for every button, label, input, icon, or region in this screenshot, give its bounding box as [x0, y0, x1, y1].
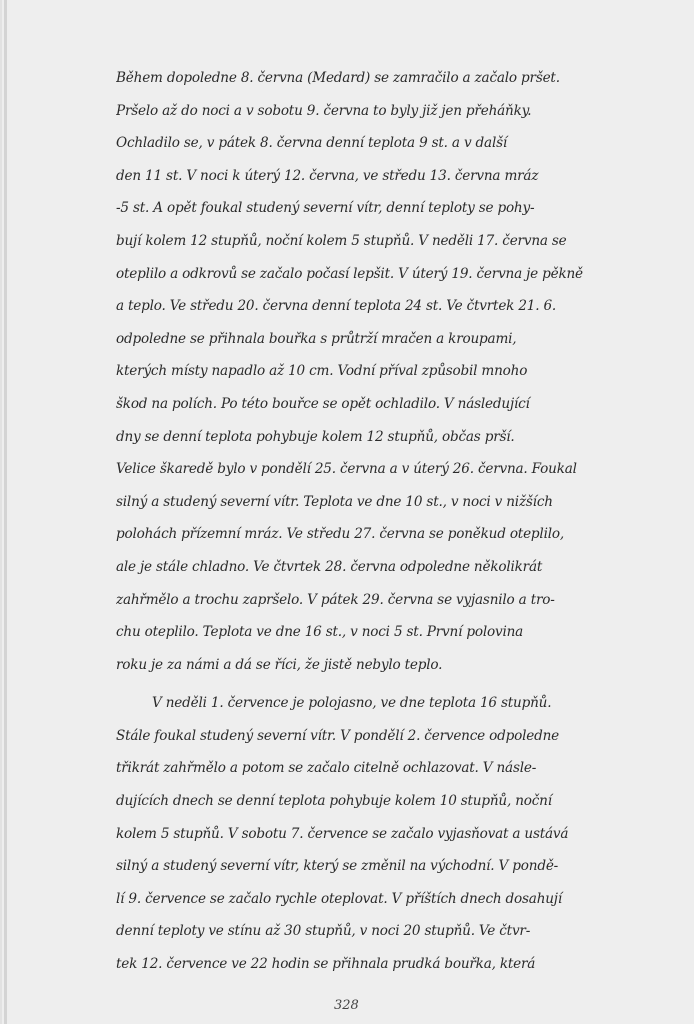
- text-line: roku je za námi a dá se říci, že jistě n…: [116, 649, 628, 682]
- text-line: kterých místy napadlo až 10 cm. Vodní př…: [116, 355, 628, 388]
- text-line: ale je stále chladno. Ve čtvrtek 28. čer…: [116, 551, 628, 584]
- text-line: Ochladilo se, v pátek 8. června denní te…: [116, 127, 628, 160]
- text-line: třikrát zahřmělo a potom se začalo citel…: [116, 752, 628, 785]
- text-line: kolem 5 stupňů. V sobotu 7. července se …: [116, 818, 628, 851]
- binding-gutter: [4, 0, 7, 1024]
- paragraph-2: V neděli 1. července je polojasno, ve dn…: [116, 687, 628, 980]
- handwritten-text-block: Během dopoledne 8. června (Medard) se za…: [116, 62, 628, 981]
- text-line: denní teploty ve stínu až 30 stupňů, v n…: [116, 915, 628, 948]
- document-page: Během dopoledne 8. června (Medard) se za…: [0, 0, 694, 1024]
- text-line: chu oteplilo. Teplota ve dne 16 st., v n…: [116, 616, 628, 649]
- text-line: Velice škaredě bylo v pondělí 25. června…: [116, 453, 628, 486]
- text-line: lí 9. července se začalo rychle oteplova…: [116, 883, 628, 916]
- text-line: tek 12. července ve 22 hodin se přihnala…: [116, 948, 628, 981]
- text-line: odpoledne se přihnala bouřka s průtrží m…: [116, 323, 628, 356]
- text-line: Pršelo až do noci a v sobotu 9. června t…: [116, 95, 628, 128]
- page-number: 328: [334, 998, 359, 1013]
- page-edge: [0, 0, 2, 1024]
- text-line: V neděli 1. července je polojasno, ve dn…: [116, 687, 628, 720]
- text-line: dujících dnech se denní teplota pohybuje…: [116, 785, 628, 818]
- text-line: Během dopoledne 8. června (Medard) se za…: [116, 62, 628, 95]
- text-line: Stále foukal studený severní vítr. V pon…: [116, 720, 628, 753]
- text-line: silný a studený severní vítr. Teplota ve…: [116, 486, 628, 519]
- text-line: dny se denní teplota pohybuje kolem 12 s…: [116, 421, 628, 454]
- text-line: škod na polích. Po této bouřce se opět o…: [116, 388, 628, 421]
- text-line: -5 st. A opět foukal studený severní vít…: [116, 192, 628, 225]
- text-line: oteplilo a odkrovů se začalo počasí lepš…: [116, 258, 628, 291]
- text-line: silný a studený severní vítr, který se z…: [116, 850, 628, 883]
- text-line: polohách přízemní mráz. Ve středu 27. če…: [116, 518, 628, 551]
- text-line: zahřmělo a trochu zapršelo. V pátek 29. …: [116, 584, 628, 617]
- text-line: bují kolem 12 stupňů, noční kolem 5 stup…: [116, 225, 628, 258]
- paragraph-1: Během dopoledne 8. června (Medard) se za…: [116, 62, 628, 681]
- text-line: den 11 st. V noci k úterý 12. června, ve…: [116, 160, 628, 193]
- text-line: a teplo. Ve středu 20. června denní tepl…: [116, 290, 628, 323]
